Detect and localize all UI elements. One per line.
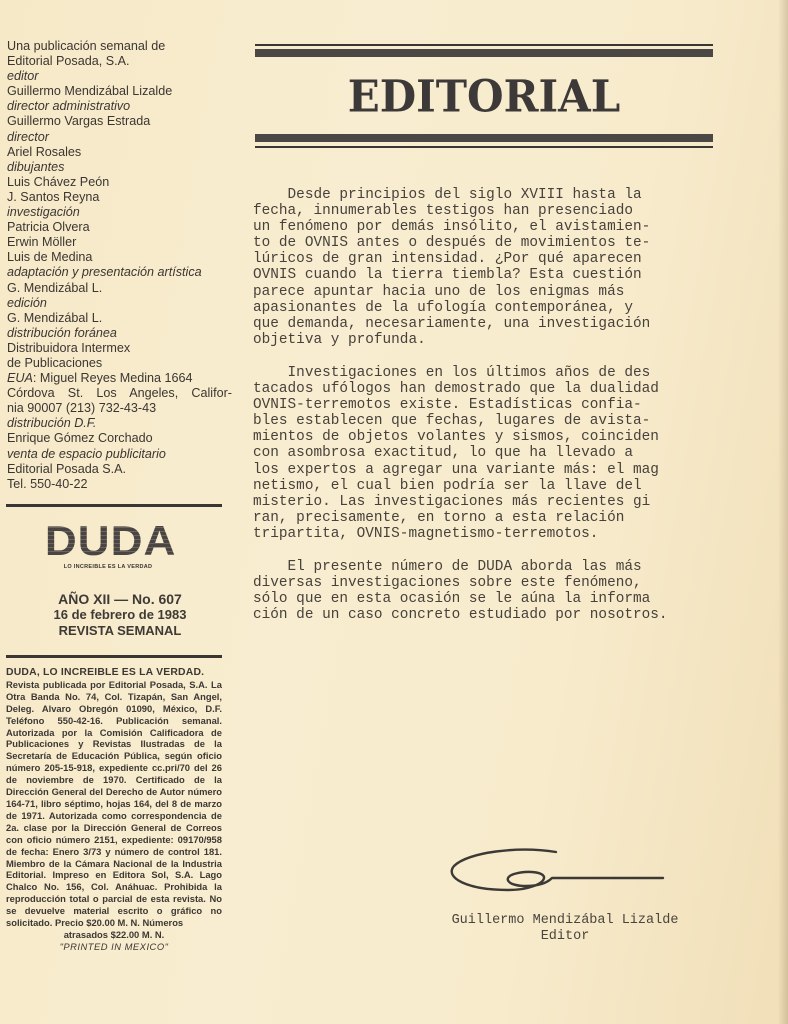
legal-text: Revista publicada por Editorial Posada, … bbox=[6, 679, 222, 928]
text-line: mientos de objetos volantes y sismos, co… bbox=[253, 429, 723, 445]
masthead-role: investigación bbox=[7, 205, 232, 220]
text-line: fecha, innumerables testigos han presenc… bbox=[253, 203, 723, 219]
legal-heading: DUDA, LO INCREIBLE ES LA VERDAD. bbox=[6, 667, 222, 679]
logo-wordmark: DUDA bbox=[45, 520, 177, 562]
editorial-paragraph: Investigaciones en los últimos años de d… bbox=[253, 365, 723, 542]
editorial-paragraph: Desde principios del siglo XVIII hasta l… bbox=[253, 187, 723, 348]
text-line: apasionantes de la ufología contemporáne… bbox=[253, 300, 723, 316]
text-line: to de OVNIS antes o después de movimient… bbox=[253, 235, 723, 251]
masthead-line: Ariel Rosales bbox=[7, 145, 232, 160]
text-line: los expertos a agregar una variante más:… bbox=[253, 462, 723, 478]
masthead-role: dibujantes bbox=[7, 160, 232, 175]
masthead-role: distribución D.F. bbox=[7, 416, 232, 431]
masthead-line: nia 90007 (213) 732-43-43 bbox=[7, 401, 232, 416]
signature-name: Guillermo Mendizábal Lizalde bbox=[420, 913, 710, 929]
text-line: diversas investigaciones sobre este fenó… bbox=[253, 575, 723, 591]
text-line: ción de un caso concreto estudiado por n… bbox=[253, 607, 723, 623]
editorial-paragraph: El presente número de DUDA aborda las má… bbox=[253, 559, 723, 623]
text-line: El presente número de DUDA aborda las má… bbox=[253, 559, 723, 575]
masthead-line: Editorial Posada, S.A. bbox=[7, 54, 232, 69]
masthead-line: G. Mendizábal L. bbox=[7, 281, 232, 296]
divider-rule bbox=[6, 504, 222, 507]
editorial-body: Desde principios del siglo XVIII hasta l… bbox=[253, 187, 723, 640]
masthead-role: edición bbox=[7, 296, 232, 311]
text-line: misterio. Las investigaciones más recien… bbox=[253, 494, 723, 510]
text-line: que demanda, necesariamente, una investi… bbox=[253, 316, 723, 332]
text-line: objetiva y profunda. bbox=[253, 332, 723, 348]
text-line: netismo, el cual bien podría ser la llav… bbox=[253, 478, 723, 494]
logo-tagline: LO INCREIBLE ES LA VERDAD bbox=[48, 564, 168, 570]
issue-date: 16 de febrero de 1983 bbox=[8, 607, 232, 623]
legal-notice: DUDA, LO INCREIBLE ES LA VERDAD. Revista… bbox=[6, 667, 222, 953]
masthead-credits: Una publicación semanal deEditorial Posa… bbox=[7, 39, 232, 492]
duda-logo: DUDA LO INCREIBLE ES LA VERDAD bbox=[48, 520, 168, 570]
text-line: tripartita, OVNIS-magnetismo-terremotos. bbox=[253, 526, 723, 542]
masthead-line: Una publicación semanal de bbox=[7, 39, 232, 54]
issue-number: AÑO XII — No. 607 bbox=[8, 591, 232, 607]
masthead-role: venta de espacio publicitario bbox=[7, 447, 232, 462]
masthead-line: G. Mendizábal L. bbox=[7, 311, 232, 326]
page-title: EDITORIAL bbox=[255, 71, 713, 122]
text-line: tacados ufólogos han demostrado que la d… bbox=[253, 381, 723, 397]
masthead-line: Distribuidora Intermex bbox=[7, 341, 232, 356]
masthead-line: de Publicaciones bbox=[7, 356, 232, 371]
masthead-line: Guillermo Vargas Estrada bbox=[7, 114, 232, 129]
text-line: OVNIS cuando la tierra tiembla? Esta cue… bbox=[253, 267, 723, 283]
signature-icon bbox=[448, 848, 668, 900]
masthead-line: Patricia Olvera bbox=[7, 220, 232, 235]
masthead-line: Guillermo Mendizábal Lizalde bbox=[7, 84, 232, 99]
back-issues-price: atrasados $22.00 M. N. bbox=[6, 929, 222, 941]
text-line: Desde principios del siglo XVIII hasta l… bbox=[253, 187, 723, 203]
page-edge-shadow bbox=[778, 0, 788, 1024]
text-line: con asombrosa exactitud, lo que ha lleva… bbox=[253, 445, 723, 461]
text-line: lúricos de gran intensidad. ¿Por qué apa… bbox=[253, 251, 723, 267]
title-bar-bottom bbox=[255, 134, 713, 148]
issue-info: AÑO XII — No. 607 16 de febrero de 1983 … bbox=[8, 591, 232, 639]
divider-rule bbox=[6, 655, 222, 658]
masthead-line: Luis Chávez Peón bbox=[7, 175, 232, 190]
text-line: Investigaciones en los últimos años de d… bbox=[253, 365, 723, 381]
masthead-line: Córdova St. Los Angeles, Califor- bbox=[7, 386, 232, 401]
signature-block: Guillermo Mendizábal Lizalde Editor bbox=[420, 913, 710, 944]
text-line: bles establecen que fechas, lugares de a… bbox=[253, 413, 723, 429]
masthead-line: Luis de Medina bbox=[7, 250, 232, 265]
masthead-role: director bbox=[7, 130, 232, 145]
masthead-line: EUA: Miguel Reyes Medina 1664 bbox=[7, 371, 232, 386]
printed-in-mexico: "PRINTED IN MEXICO" bbox=[6, 941, 222, 953]
text-line: parece apuntar hacia uno de los enigmas … bbox=[253, 284, 723, 300]
title-bar-top bbox=[255, 44, 713, 57]
signature-role: Editor bbox=[420, 929, 710, 945]
masthead-role: distribución foránea bbox=[7, 326, 232, 341]
text-line: un fenómeno por demás insólito, el avist… bbox=[253, 219, 723, 235]
masthead-role: editor bbox=[7, 69, 232, 84]
masthead-line: Tel. 550-40-22 bbox=[7, 477, 232, 492]
masthead-line: Enrique Gómez Corchado bbox=[7, 431, 232, 446]
text-line: ran, precisamente, en torno a esta relac… bbox=[253, 510, 723, 526]
masthead-line: Erwin Möller bbox=[7, 235, 232, 250]
masthead-role: director administrativo bbox=[7, 99, 232, 114]
masthead-role: adaptación y presentación artística bbox=[7, 265, 232, 280]
masthead-line: Editorial Posada S.A. bbox=[7, 462, 232, 477]
text-line: sólo que en esta ocasión se le aúna la i… bbox=[253, 591, 723, 607]
issue-type: REVISTA SEMANAL bbox=[8, 623, 232, 639]
text-line: OVNIS-terremotos existe. Estadísticas co… bbox=[253, 397, 723, 413]
masthead-line: J. Santos Reyna bbox=[7, 190, 232, 205]
